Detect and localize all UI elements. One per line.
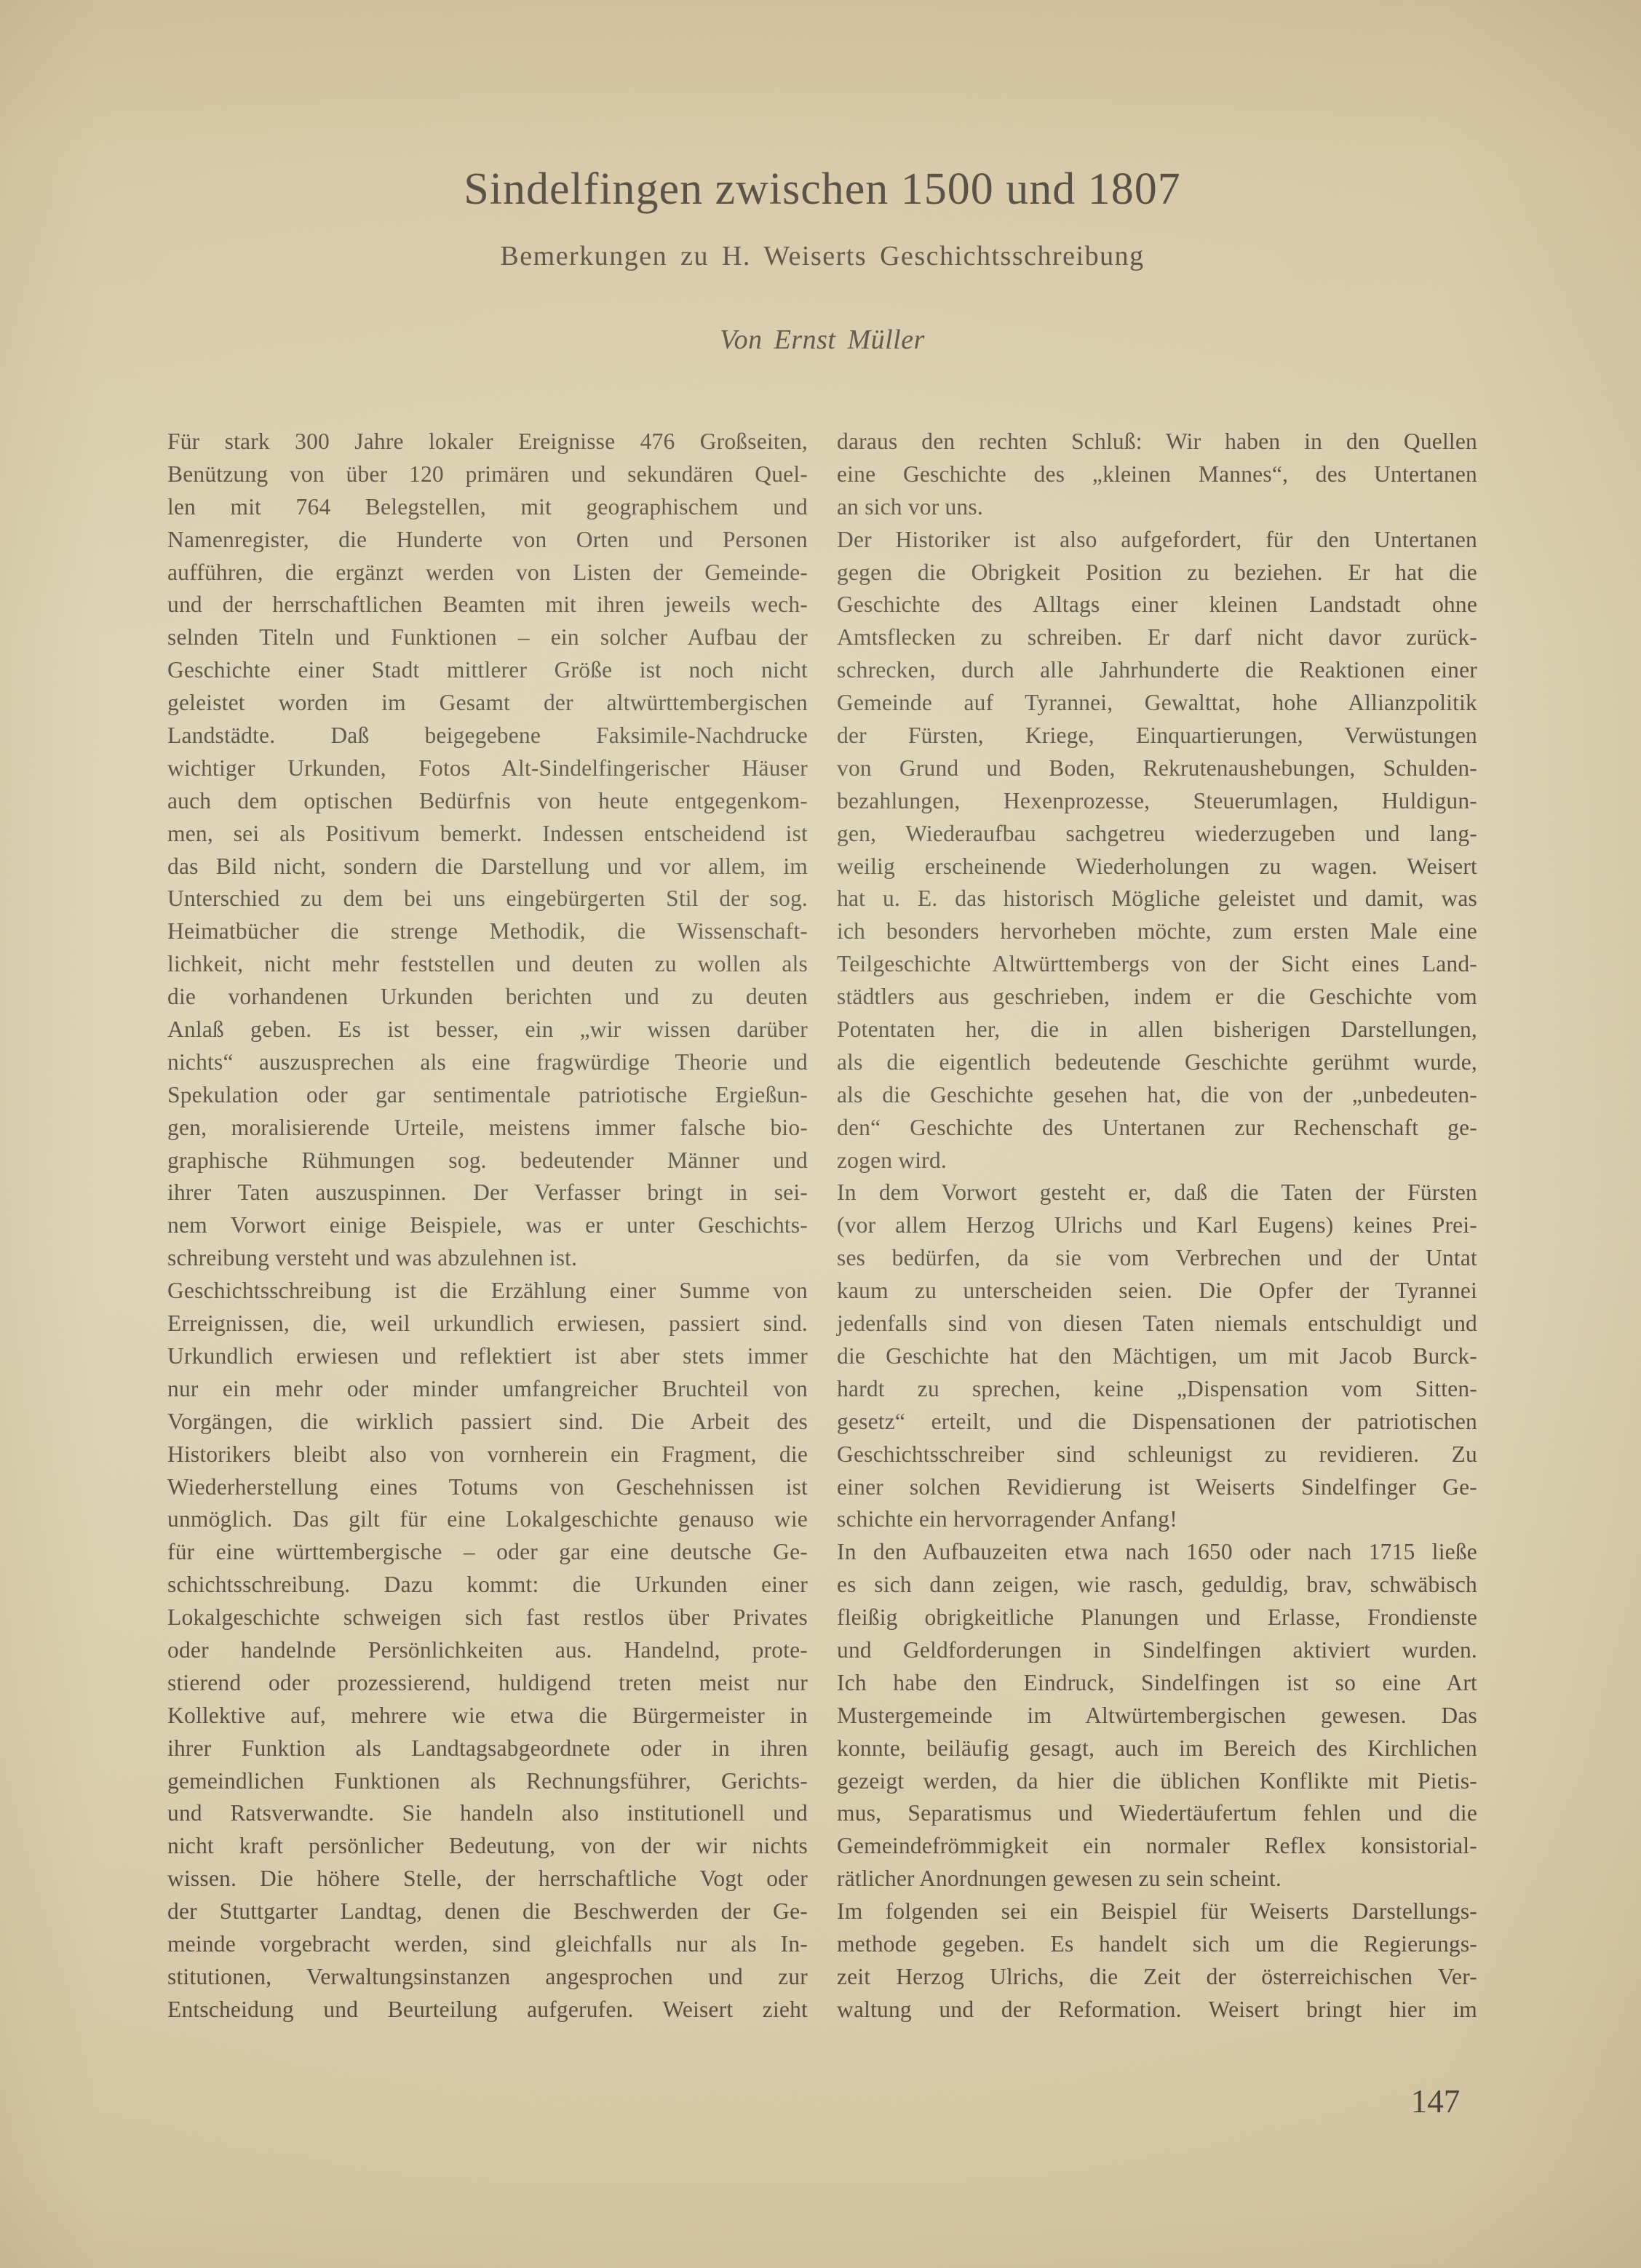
text-line: Spekulation oder gar sentimentale patrio… <box>167 1079 808 1112</box>
page-title: Sindelfingen zwischen 1500 und 1807 <box>167 164 1477 215</box>
text-line: Wiederherstellung eines Totums von Gesch… <box>167 1471 808 1504</box>
text-line: Erreignissen, die, weil urkundlich erwie… <box>167 1308 808 1340</box>
text-line: Geschichte des Alltags einer kleinen Lan… <box>837 589 1477 621</box>
text-line: mus, Separatismus und Wiedertäufertum fe… <box>837 1797 1477 1830</box>
text-line: schichtsschreibung. Dazu kommt: die Urku… <box>167 1569 808 1601</box>
text-line: daraus den rechten Schluß: Wir haben in … <box>837 426 1477 458</box>
text-line: der Fürsten, Kriege, Einquartierungen, V… <box>837 720 1477 752</box>
text-line: In dem Vorwort gesteht er, daß die Taten… <box>837 1177 1477 1209</box>
text-line: graphische Rühmungen sog. bedeutender Mä… <box>167 1145 808 1177</box>
text-line: In den Aufbauzeiten etwa nach 1650 oder … <box>837 1536 1477 1569</box>
text-line: selnden Titeln und Funktionen – ein solc… <box>167 621 808 654</box>
text-line: gesetz“ erteilt, und die Dispensationen … <box>837 1406 1477 1439</box>
text-line: jedenfalls sind von diesen Taten niemals… <box>837 1308 1477 1340</box>
text-line: gen, moralisierende Urteile, meistens im… <box>167 1112 808 1145</box>
text-line: Unterschied zu dem bei uns eingebürgerte… <box>167 883 808 915</box>
text-line: wichtiger Urkunden, Fotos Alt-Sindelfing… <box>167 752 808 785</box>
author-line: Von Ernst Müller <box>167 323 1477 357</box>
text-line: gezeigt werden, da hier die üblichen Kon… <box>837 1765 1477 1798</box>
text-line: Potentaten her, die in allen bisherigen … <box>837 1014 1477 1046</box>
text-line: nichts“ auszusprechen als eine fragwürdi… <box>167 1046 808 1079</box>
text-line: weilig erscheinende Wiederholungen zu wa… <box>837 851 1477 883</box>
text-line: von Grund und Boden, Rekrutenaushebungen… <box>837 752 1477 785</box>
text-line: gegen die Obrigkeit Position zu beziehen… <box>837 557 1477 589</box>
text-line: an sich vor uns. <box>837 491 1477 524</box>
text-line: Geschichtsschreiber sind schleunigst zu … <box>837 1439 1477 1471</box>
text-line: stitutionen, Verwaltungsinstanzen angesp… <box>167 1961 808 1994</box>
text-line: der Stuttgarter Landtag, denen die Besch… <box>167 1895 808 1928</box>
text-line: nur ein mehr oder minder umfangreicher B… <box>167 1373 808 1406</box>
text-line: oder handelnde Persönlichkeiten aus. Han… <box>167 1634 808 1667</box>
text-line: nem Vorwort einige Beispiele, was er unt… <box>167 1209 808 1242</box>
text-line: nicht kraft persönlicher Bedeutung, von … <box>167 1830 808 1863</box>
text-line: Urkundlich erwiesen und reflektiert ist … <box>167 1340 808 1373</box>
text-line: und der herrschaftlichen Beamten mit ihr… <box>167 589 808 621</box>
text-line: ihrer Taten auszuspinnen. Der Verfasser … <box>167 1177 808 1209</box>
text-line: Historikers bleibt also von vornherein e… <box>167 1439 808 1471</box>
text-column-right: daraus den rechten Schluß: Wir haben in … <box>837 426 1477 2026</box>
text-line: Der Historiker ist also aufgefordert, fü… <box>837 524 1477 557</box>
text-line: waltung und der Reformation. Weisert bri… <box>837 1994 1477 2026</box>
scanned-page: Sindelfingen zwischen 1500 und 1807 Beme… <box>0 0 1641 2268</box>
text-line: konnte, beiläufig gesagt, auch im Bereic… <box>837 1732 1477 1765</box>
text-line: Vorgängen, die wirklich passiert sind. D… <box>167 1406 808 1439</box>
text-line: als die Geschichte gesehen hat, die von … <box>837 1079 1477 1112</box>
text-line: die Geschichte hat den Mächtigen, um mit… <box>837 1340 1477 1373</box>
text-line: Ich habe den Eindruck, Sindelfingen ist … <box>837 1667 1477 1700</box>
text-line: es sich dann zeigen, wie rasch, geduldig… <box>837 1569 1477 1601</box>
text-line: und Ratsverwandte. Sie handeln also inst… <box>167 1797 808 1830</box>
text-line: hat u. E. das historisch Mögliche geleis… <box>837 883 1477 915</box>
text-line: Mustergemeinde im Altwürtembergischen ge… <box>837 1700 1477 1732</box>
text-line: zogen wird. <box>837 1145 1477 1177</box>
text-line: Gemeindefrömmigkeit ein normaler Reflex … <box>837 1830 1477 1863</box>
text-line: meinde vorgebracht werden, sind gleichfa… <box>167 1928 808 1961</box>
text-line: ses bedürfen, da sie vom Verbrechen und … <box>837 1242 1477 1275</box>
text-line: rätlicher Anordnungen gewesen zu sein sc… <box>837 1863 1477 1895</box>
text-line: schrecken, durch alle Jahrhunderte die R… <box>837 654 1477 687</box>
text-line: Benützung von über 120 primären und seku… <box>167 458 808 491</box>
text-column-left: Für stark 300 Jahre lokaler Ereignisse 4… <box>167 426 808 2026</box>
text-line: Geschichte einer Stadt mittlerer Größe i… <box>167 654 808 687</box>
text-line: stierend oder prozessierend, huldigend t… <box>167 1667 808 1700</box>
text-line: den“ Geschichte des Untertanen zur Reche… <box>837 1112 1477 1145</box>
text-line: Geschichtsschreibung ist die Erzählung e… <box>167 1275 808 1308</box>
text-line: bezahlungen, Hexenprozesse, Steuerumlage… <box>837 785 1477 818</box>
text-line: fleißig obrigkeitliche Planungen und Erl… <box>837 1601 1477 1634</box>
text-line: das Bild nicht, sondern die Darstellung … <box>167 851 808 883</box>
text-line: Lokalgeschichte schweigen sich fast rest… <box>167 1601 808 1634</box>
text-line: für eine württembergische – oder gar ein… <box>167 1536 808 1569</box>
text-line: Anlaß geben. Es ist besser, ein „wir wis… <box>167 1014 808 1046</box>
text-line: schreibung versteht und was abzulehnen i… <box>167 1242 808 1275</box>
text-line: unmöglich. Das gilt für eine Lokalgeschi… <box>167 1503 808 1536</box>
text-line: und Geldforderungen in Sindelfingen akti… <box>837 1634 1477 1667</box>
text-line: die vorhandenen Urkunden berichten und z… <box>167 981 808 1014</box>
text-line: städtlers aus geschrieben, indem er die … <box>837 981 1477 1014</box>
text-line: ihrer Funktion als Landtagsabgeordnete o… <box>167 1732 808 1765</box>
text-line: gen, Wiederaufbau sachgetreu wiederzugeb… <box>837 818 1477 851</box>
text-line: hardt zu sprechen, keine „Dispensation v… <box>837 1373 1477 1406</box>
text-line: aufführen, die ergänzt werden von Listen… <box>167 557 808 589</box>
text-line: len mit 764 Belegstellen, mit geographis… <box>167 491 808 524</box>
text-line: einer solchen Revidierung ist Weiserts S… <box>837 1471 1477 1504</box>
page-number: 147 <box>1386 2082 1485 2120</box>
text-line: ich besonders hervorheben möchte, zum er… <box>837 915 1477 948</box>
text-line: als die eigentlich bedeutende Geschichte… <box>837 1046 1477 1079</box>
text-line: (vor allem Herzog Ulrichs und Karl Eugen… <box>837 1209 1477 1242</box>
text-line: Amtsflecken zu schreiben. Er darf nicht … <box>837 621 1477 654</box>
text-line: lichkeit, nicht mehr feststellen und deu… <box>167 948 808 981</box>
text-line: Landstädte. Daß beigegebene Faksimile-Na… <box>167 720 808 752</box>
text-line: geleistet worden im Gesamt der altwürtte… <box>167 687 808 720</box>
text-line: Teilgeschichte Altwürttembergs von der S… <box>837 948 1477 981</box>
text-line: Entscheidung und Beurteilung aufgerufen.… <box>167 1994 808 2026</box>
text-line: Kollektive auf, mehrere wie etwa die Bür… <box>167 1700 808 1732</box>
page-subtitle: Bemerkungen zu H. Weiserts Geschichtssch… <box>167 239 1477 273</box>
text-line: Heimatbücher die strenge Methodik, die W… <box>167 915 808 948</box>
text-line: gemeindlichen Funktionen als Rechnungsfü… <box>167 1765 808 1798</box>
text-line: Im folgenden sei ein Beispiel für Weiser… <box>837 1895 1477 1928</box>
text-line: auch dem optischen Bedürfnis von heute e… <box>167 785 808 818</box>
text-line: methode gegeben. Es handelt sich um die … <box>837 1928 1477 1961</box>
text-line: zeit Herzog Ulrichs, die Zeit der österr… <box>837 1961 1477 1994</box>
text-line: kaum zu unterscheiden seien. Die Opfer d… <box>837 1275 1477 1308</box>
text-line: Namenregister, die Hunderte von Orten un… <box>167 524 808 557</box>
text-line: Gemeinde auf Tyrannei, Gewalttat, hohe A… <box>837 687 1477 720</box>
text-line: eine Geschichte des „kleinen Mannes“, de… <box>837 458 1477 491</box>
text-line: Für stark 300 Jahre lokaler Ereignisse 4… <box>167 426 808 458</box>
text-line: men, sei als Positivum bemerkt. Indessen… <box>167 818 808 851</box>
text-line: schichte ein hervorragender Anfang! <box>837 1503 1477 1536</box>
text-line: wissen. Die höhere Stelle, der herrschaf… <box>167 1863 808 1895</box>
